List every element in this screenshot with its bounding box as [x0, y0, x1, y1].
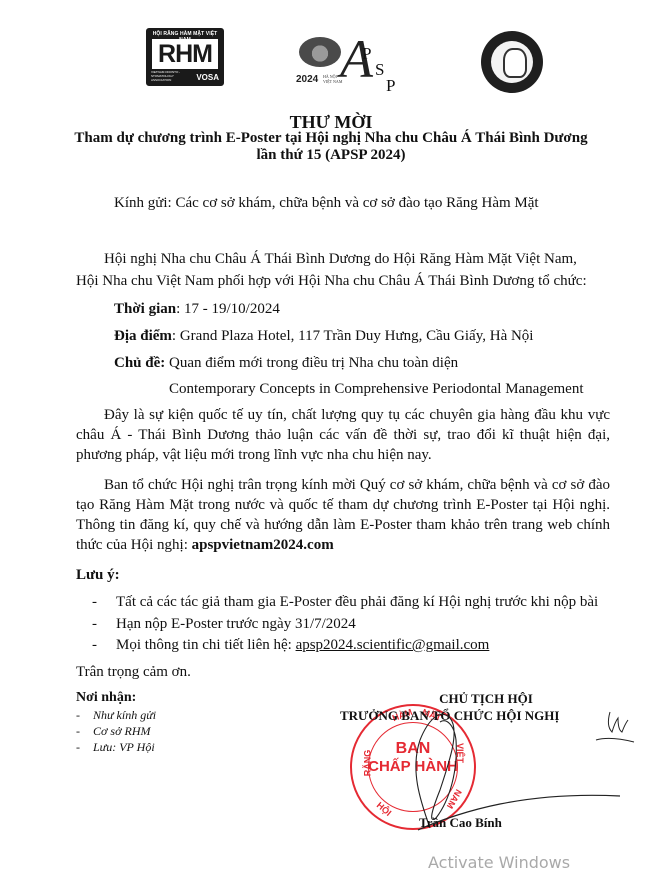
event-venue-value: : Grand Plaza Hotel, 117 Trần Duy Hưng, … [172, 328, 534, 344]
recipient-text: Lưu: VP Hội [93, 740, 155, 754]
signer-name: Trần Cao Bính [419, 815, 502, 831]
document-subtitle: Tham dự chương trình E-Poster tại Hội ng… [0, 130, 662, 164]
rhm-logo-sub-text: VIETNAM ODONTO - STOMATOLOGY ASSOCIATION [151, 70, 189, 82]
event-time: Thời gian: 17 - 19/10/2024 [114, 299, 280, 319]
event-theme-english: Contemporary Concepts in Comprehensive P… [169, 379, 584, 399]
recipient-item: -Cơ sở RHM [76, 723, 156, 739]
event-venue-label: Địa điểm [114, 328, 172, 344]
activate-windows-watermark: Activate Windows [428, 853, 570, 872]
note-bullet: - [92, 594, 97, 610]
recipient-bullet: - [76, 723, 93, 739]
event-venue: Địa điểm: Grand Plaza Hotel, 117 Trần Du… [114, 326, 533, 346]
recipient-item: -Lưu: VP Hội [76, 739, 156, 755]
paragraph-invitation: Ban tổ chức Hội nghị trân trọng kính mời… [76, 475, 610, 555]
invitation-text: Ban tổ chức Hội nghị trân trọng kính mời… [76, 477, 610, 553]
subtitle-line-2: lần thứ 15 (APSP 2024) [0, 147, 662, 164]
rhm-logo-badge: VOSA [196, 73, 219, 82]
recipient-bullet: - [76, 707, 93, 723]
recipients-list: -Như kính gửi -Cơ sở RHM -Lưu: VP Hội [76, 707, 156, 755]
periodontology-society-logo [481, 31, 543, 93]
recipient-item: -Như kính gửi [76, 707, 156, 723]
note-text: Mọi thông tin chi tiết liên hệ: apsp2024… [116, 635, 489, 655]
intro-line-2: Hội Nha chu Việt Nam phối hợp với Hội Nh… [76, 271, 587, 291]
recipient-text: Cơ sở RHM [93, 724, 150, 738]
tooth-icon [503, 48, 527, 78]
tooth-emblem [491, 41, 533, 83]
apsp-letter-p2: P [386, 76, 395, 96]
notes-heading: Lưu ý: [76, 565, 120, 585]
note-bullet: - [92, 637, 97, 653]
event-theme-label: Chủ đề: [114, 355, 165, 371]
note-text: Hạn nộp E-Poster trước ngày 31/7/2024 [116, 614, 356, 634]
recipients-heading: Nơi nhận: [76, 690, 136, 706]
event-time-label: Thời gian [114, 301, 176, 317]
note-item: - Hạn nộp E-Poster trước ngày 31/7/2024 [92, 614, 97, 634]
recipient-bullet: - [76, 739, 93, 755]
salutation: Kính gửi: Các cơ sở khám, chữa bệnh và c… [114, 193, 539, 213]
apsp-letter-s: S [375, 60, 384, 80]
event-theme-value: Quan điểm mới trong điều trị Nha chu toà… [165, 355, 458, 371]
apsp-logo: A P S P [340, 34, 400, 94]
note-bullet: - [92, 616, 97, 632]
event-time-value: : 17 - 19/10/2024 [176, 301, 280, 317]
recipient-text: Như kính gửi [93, 708, 156, 722]
apsp-letter-p1: P [362, 44, 371, 64]
rhm-logo: HỘI RĂNG HÀM MẶT VIỆT NAM RHM VIETNAM OD… [146, 28, 224, 86]
note-contact-label: Mọi thông tin chi tiết liên hệ: [116, 637, 296, 653]
note-item: - Mọi thông tin chi tiết liên hệ: apsp20… [92, 635, 97, 655]
subtitle-line-1: Tham dự chương trình E-Poster tại Hội ng… [0, 130, 662, 147]
website-link[interactable]: apspvietnam2024.com [192, 537, 334, 553]
apsp-year: 2024 [296, 74, 318, 85]
paragraph-event-description: Đây là sự kiện quốc tế uy tín, chất lượn… [76, 405, 610, 465]
note-item: - Tất cả các tác giả tham gia E-Poster đ… [92, 592, 97, 612]
intro-line-1: Hội nghị Nha chu Châu Á Thái Bình Dương … [104, 249, 577, 269]
note-text: Tất cả các tác giả tham gia E-Poster đều… [116, 592, 598, 612]
rhm-logo-main-text: RHM [152, 39, 218, 69]
lotus-icon [299, 37, 341, 67]
contact-email-link[interactable]: apsp2024.scientific@gmail.com [296, 637, 490, 653]
closing: Trân trọng cảm ơn. [76, 662, 191, 682]
event-theme: Chủ đề: Quan điểm mới trong điều trị Nha… [114, 353, 458, 373]
stamp-ring-word: RĂNG [362, 750, 372, 777]
